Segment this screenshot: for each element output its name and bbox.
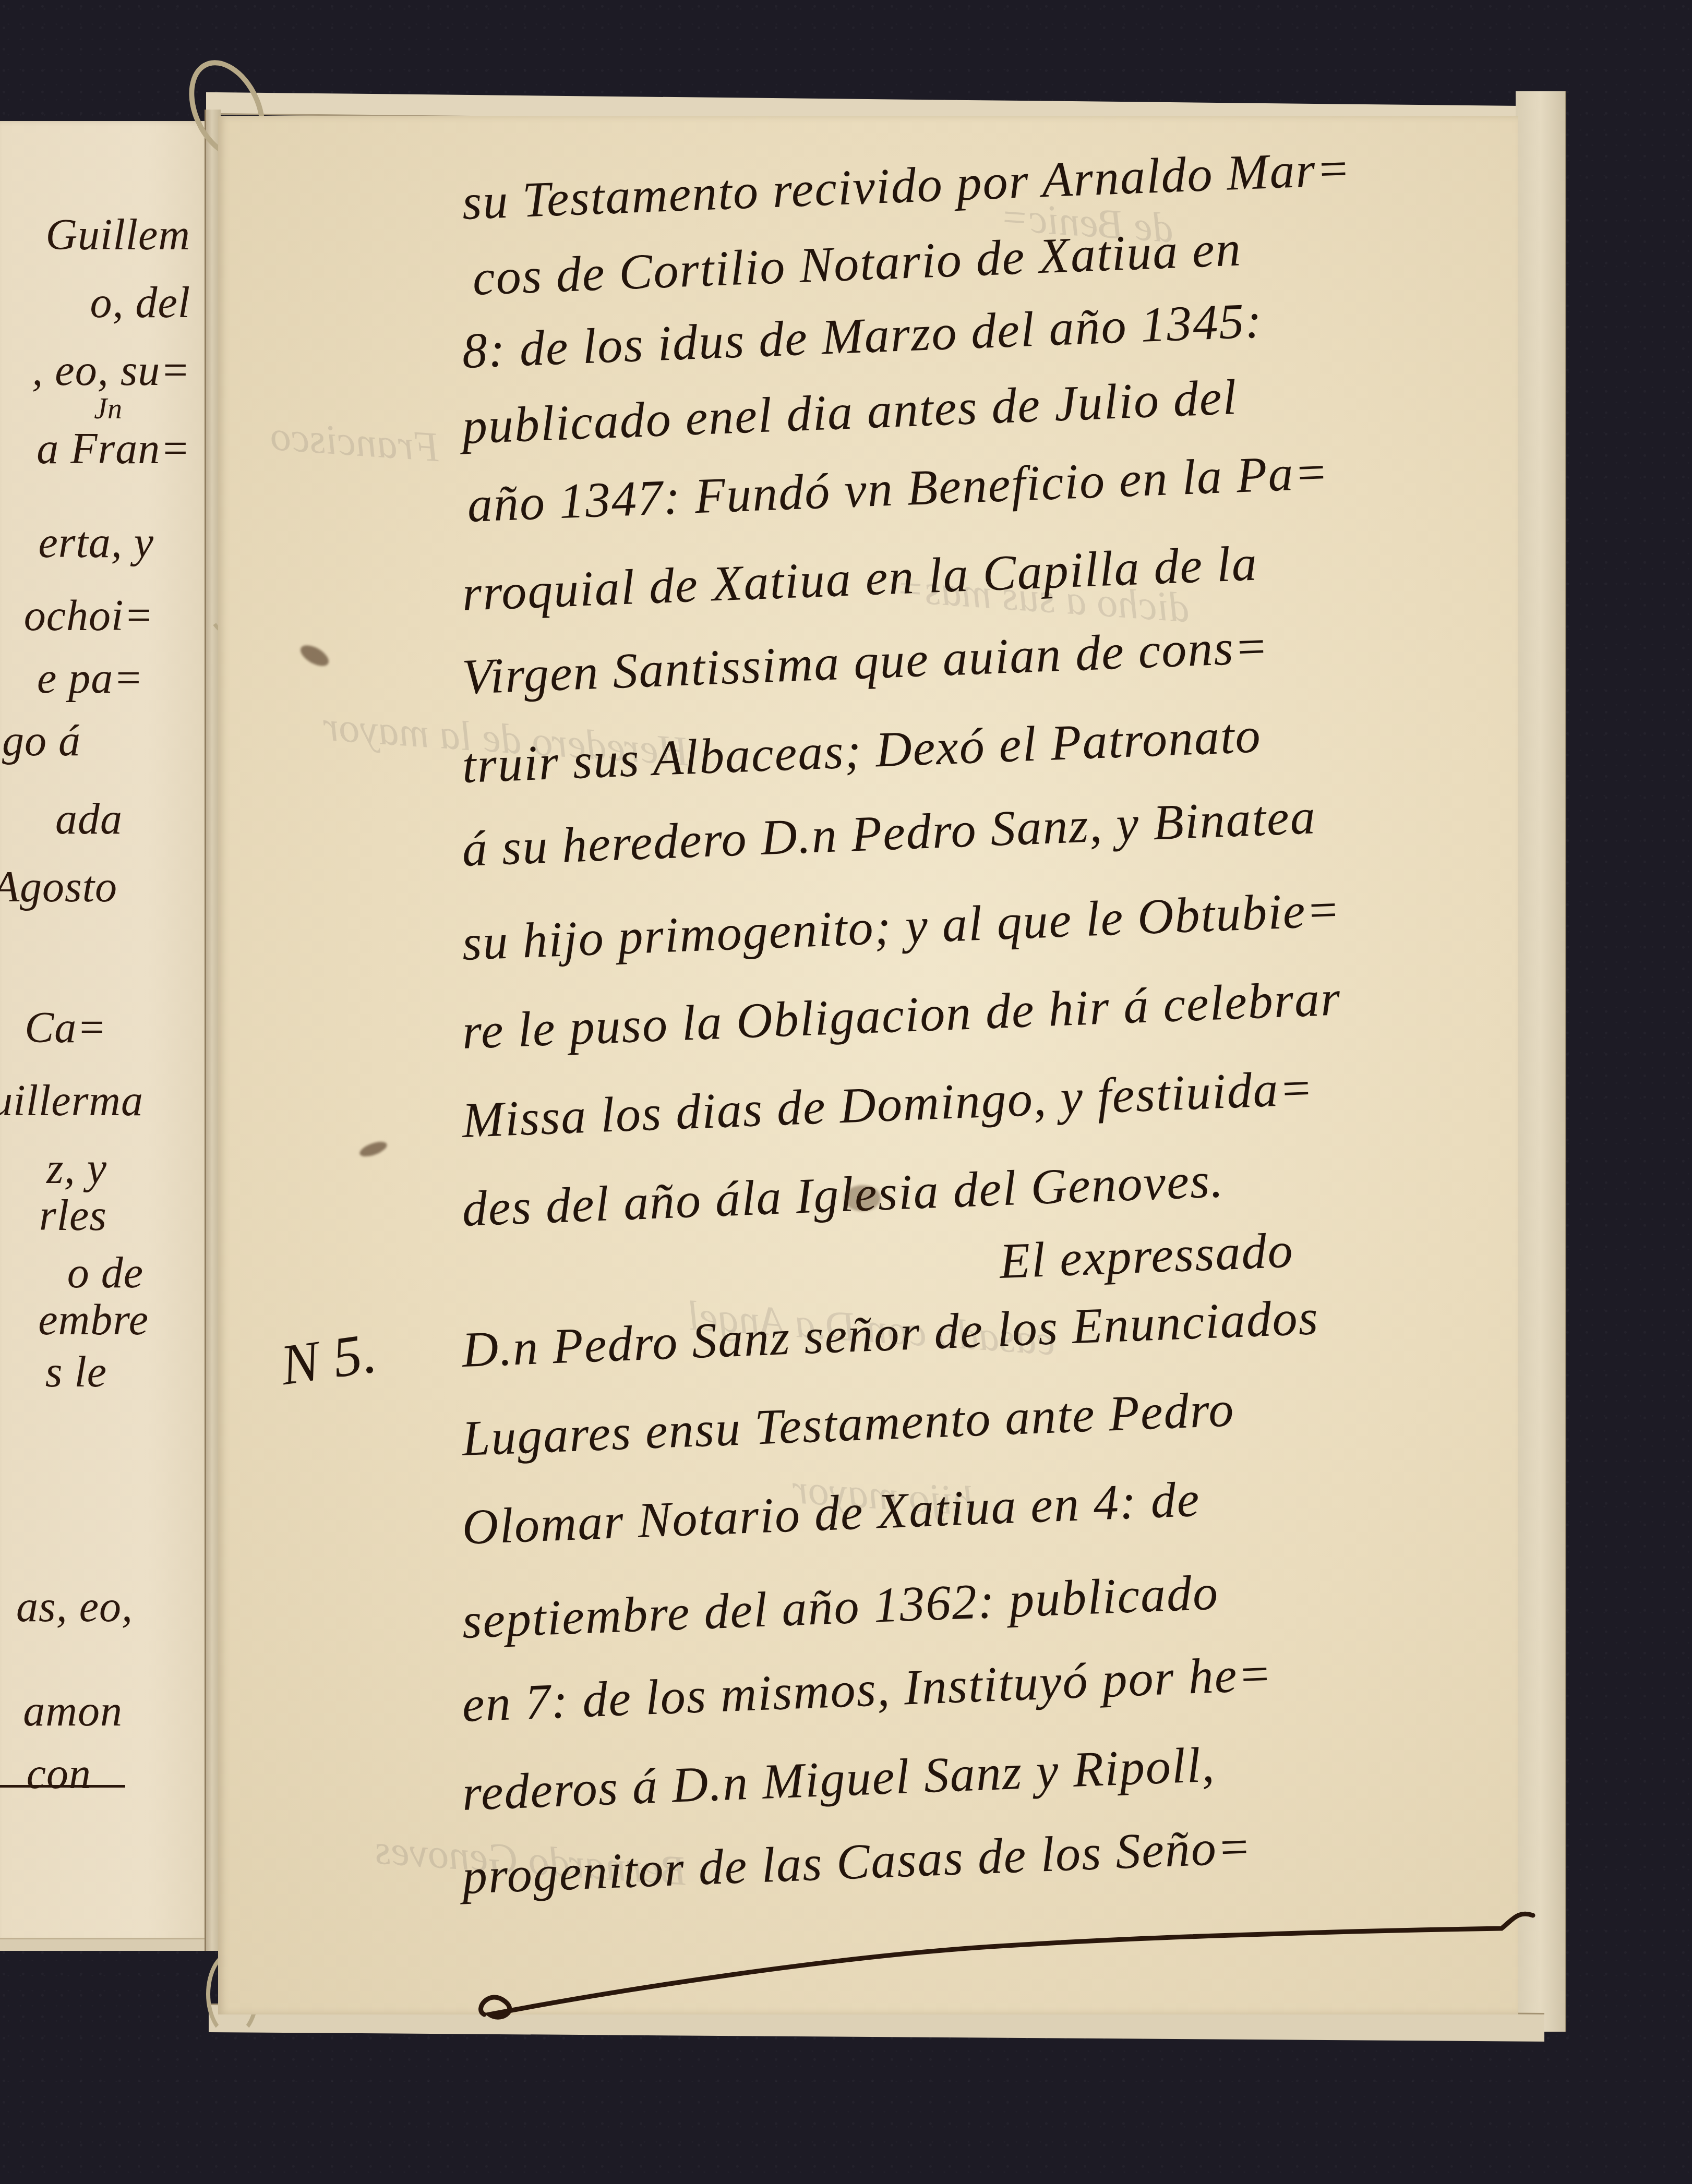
- left-line-4: Jn: [94, 392, 123, 426]
- ink-stain: [844, 1185, 881, 1211]
- left-line-7: ochoi=: [24, 590, 154, 641]
- ink-stain: [358, 1139, 389, 1159]
- left-line-2: o, del: [90, 277, 190, 328]
- left-line-5: a Fran=: [37, 424, 190, 474]
- ink-stain: [297, 641, 332, 670]
- left-line-8: e pa=: [37, 653, 143, 704]
- show-through-text: Francisco: [269, 413, 441, 472]
- left-line-15: rles: [39, 1190, 107, 1241]
- page-stack-right-edge: [1516, 91, 1566, 2032]
- text-line-10: su hijo primogenito; y al que le Obtubie…: [461, 880, 1342, 972]
- text-line-13: des del año ála Iglesia del Genoves.: [461, 1151, 1225, 1238]
- text-line-4: publicado enel dia antes de Julio del: [461, 368, 1239, 455]
- left-page: Guillem o, del , eo, su= Jn a Fran= erta…: [0, 121, 211, 1941]
- text-line-9: á su heredero D.n Pedro Sanz, y Binatea: [461, 787, 1317, 878]
- left-closing-stroke: [0, 1785, 125, 1788]
- text-line-5: año 1347: Fundó vn Beneficio en la Pa=: [466, 443, 1330, 534]
- text-line-19: en 7: de los mismos, Instituyó por he=: [461, 1644, 1274, 1733]
- left-line-18: s le: [45, 1347, 107, 1397]
- left-line-11: Agosto: [0, 862, 117, 912]
- left-line-10: ada: [55, 794, 123, 844]
- left-line-17: embre: [38, 1295, 149, 1345]
- left-line-9: go á: [2, 716, 81, 766]
- left-line-3: , eo, su=: [32, 345, 190, 396]
- text-line-20: rederos á D.n Miguel Sanz y Ripoll,: [461, 1735, 1216, 1822]
- text-line-15: D.n Pedro Sanz señor de los Enunciados: [461, 1288, 1320, 1379]
- right-page: de Benic= Francisco dicho a sus mas= Her…: [218, 116, 1518, 2014]
- text-line-11: re le puso la Obligacion de hir á celebr…: [461, 969, 1342, 1060]
- left-line-21: con: [27, 1748, 91, 1799]
- text-line-8: truir sus Albaceas; Dexó el Patronato: [461, 706, 1263, 794]
- left-line-12: Ca=: [25, 1003, 107, 1053]
- left-line-6: erta, y: [38, 517, 154, 568]
- text-line-7: Virgen Santissima que auian de cons=: [461, 617, 1270, 706]
- closing-flourish: [469, 1910, 1564, 2035]
- left-line-1: Guillem: [45, 210, 190, 260]
- text-line-12: Missa los dias de Domingo, y festiuida=: [461, 1058, 1315, 1149]
- left-page-edge: [0, 1938, 211, 1951]
- text-line-1: su Testamento recivido por Arnaldo Mar=: [461, 139, 1352, 231]
- text-line-2: cos de Cortilio Notario de Xatiua en: [472, 219, 1243, 307]
- text-line-3: 8: de los idus de Marzo del año 1345:: [461, 291, 1264, 380]
- left-line-19: as, eo,: [16, 1582, 133, 1632]
- text-line-18: septiembre del año 1362: publicado: [461, 1563, 1220, 1650]
- left-line-16: o de: [67, 1248, 143, 1298]
- left-line-20: amon: [23, 1686, 123, 1736]
- text-line-16: Lugares ensu Testamento ante Pedro: [461, 1380, 1235, 1467]
- left-line-14: z, y: [46, 1143, 107, 1194]
- margin-note: N 5.: [277, 1320, 380, 1398]
- text-line-14: El expressado: [999, 1221, 1295, 1290]
- text-line-21: progenitor de las Casas de los Seño=: [461, 1817, 1253, 1905]
- left-line-13: Guillerma: [0, 1076, 143, 1126]
